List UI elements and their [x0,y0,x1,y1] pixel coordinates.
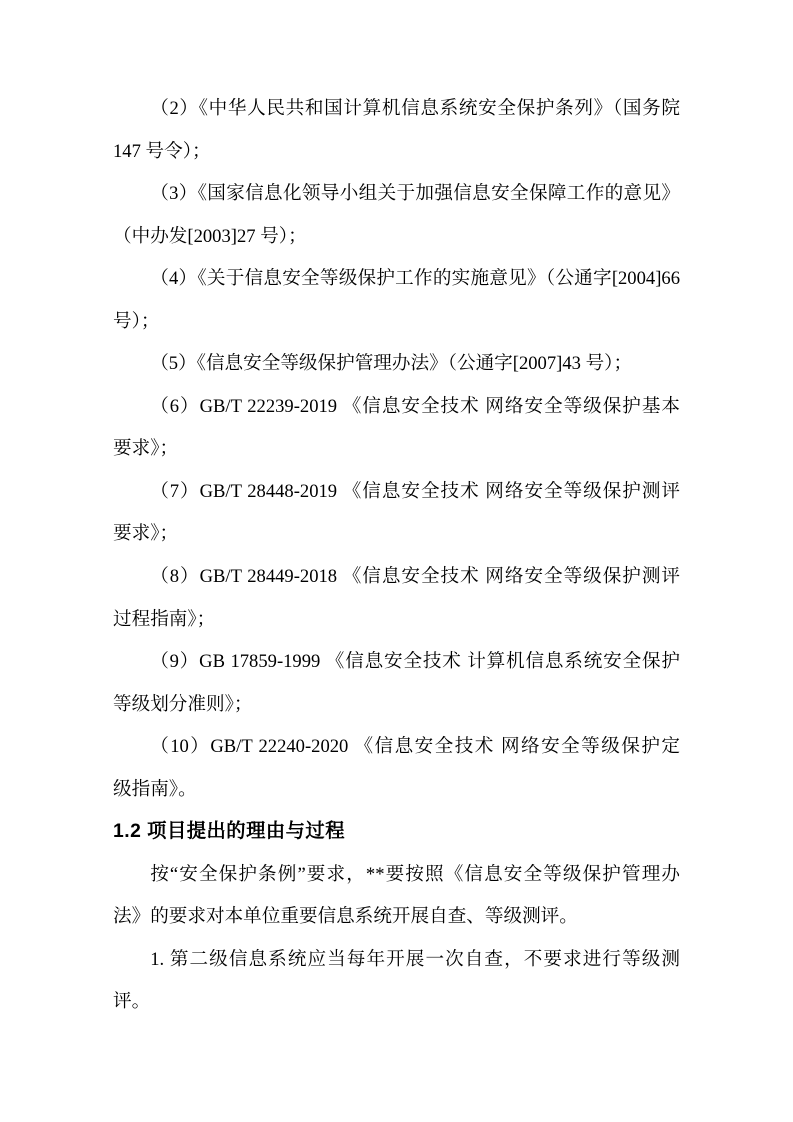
paragraph-level2-line-2: 评。 [113,981,680,1024]
reference-2-line-1: （2）《中华人民共和国计算机信息系统安全保护条列》（国务院 [113,88,680,131]
reference-7-line-1: （7）GB/T 28448-2019 《信息安全技术 网络安全等级保护测评 [113,471,680,514]
section-heading-1-2: 1.2 项目提出的理由与过程 [113,811,680,854]
paragraph-reason-line-1: 按“安全保护条例”要求，**要按照《信息安全等级保护管理办 [113,854,680,897]
reference-6-line-2: 要求》； [113,428,680,471]
document-body: （2）《中华人民共和国计算机信息系统安全保护条列》（国务院 147 号令）； （… [113,88,680,1024]
reference-9-line-1: （9）GB 17859-1999 《信息安全技术 计算机信息系统安全保护 [113,641,680,684]
document-page: （2）《中华人民共和国计算机信息系统安全保护条列》（国务院 147 号令）； （… [0,0,793,1122]
reference-10-line-1: （10）GB/T 22240-2020 《信息安全技术 网络安全等级保护定 [113,726,680,769]
paragraph-reason-line-2: 法》的要求对本单位重要信息系统开展自查、等级测评。 [113,896,680,939]
reference-3-line-2: （中办发[2003]27 号）； [113,216,680,259]
reference-9-line-2: 等级划分准则》； [113,684,680,727]
reference-7-line-2: 要求》； [113,513,680,556]
reference-2-line-2: 147 号令）； [113,131,680,174]
reference-6-line-1: （6）GB/T 22239-2019 《信息安全技术 网络安全等级保护基本 [113,386,680,429]
reference-8-line-1: （8）GB/T 28449-2018 《信息安全技术 网络安全等级保护测评 [113,556,680,599]
reference-8-line-2: 过程指南》； [113,599,680,642]
reference-4-line-2: 号）； [113,301,680,344]
paragraph-level2-line-1: 1. 第二级信息系统应当每年开展一次自查，不要求进行等级测 [113,939,680,982]
reference-5-line-1: （5）《信息安全等级保护管理办法》（公通字[2007]43 号）； [113,343,680,386]
reference-3-line-1: （3）《国家信息化领导小组关于加强信息安全保障工作的意见》 [113,173,680,216]
reference-10-line-2: 级指南》。 [113,769,680,812]
reference-4-line-1: （4）《关于信息安全等级保护工作的实施意见》（公通字[2004]66 [113,258,680,301]
